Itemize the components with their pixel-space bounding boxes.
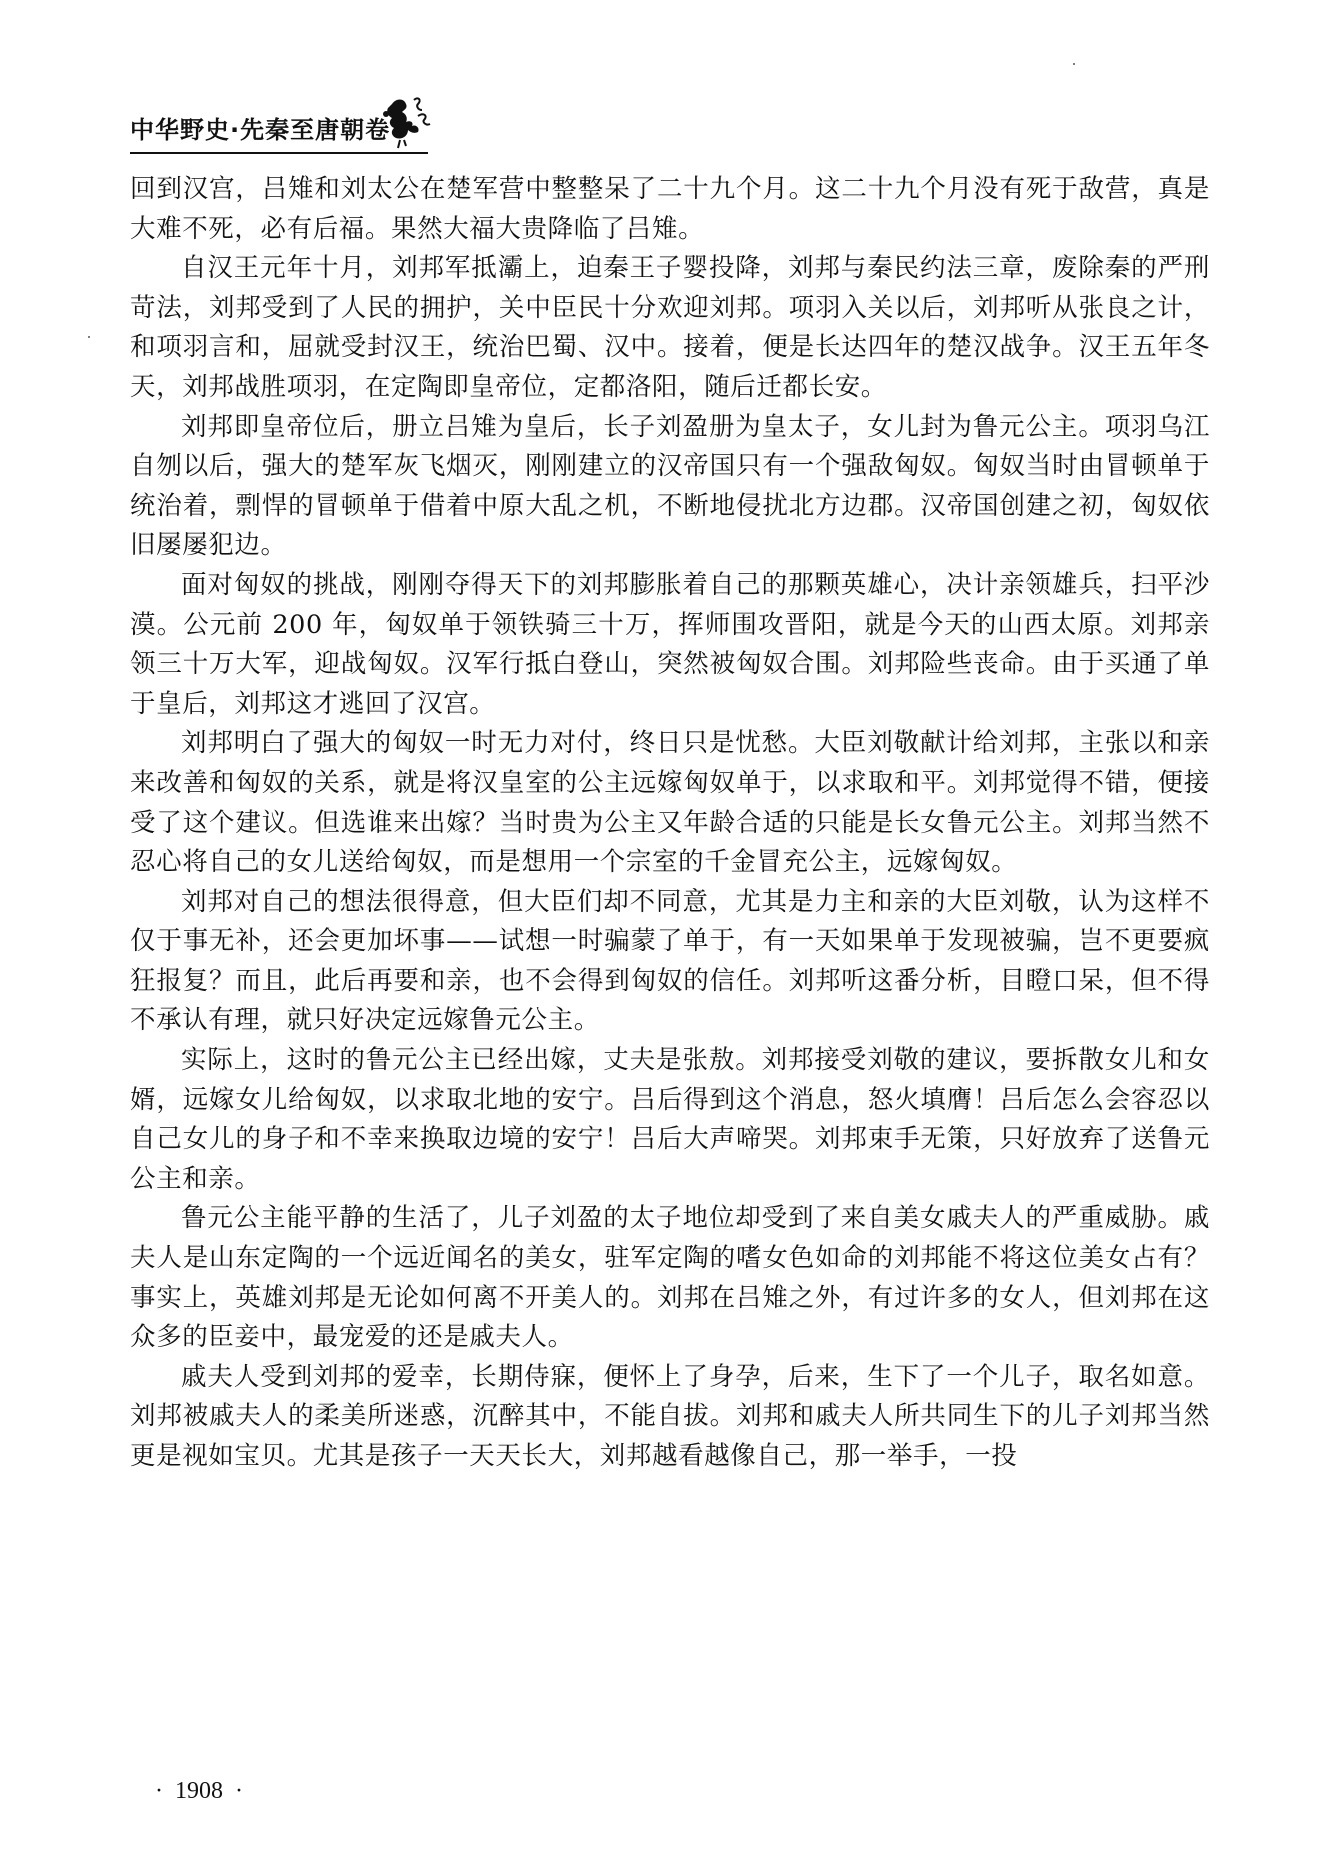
header-divider: [130, 152, 428, 154]
paragraph: 鲁元公主能平静的生活了，儿子刘盈的太子地位却受到了来自美女戚夫人的严重威胁。戚夫…: [130, 1199, 1210, 1357]
paragraph: 回到汉宫，吕雉和刘太公在楚军营中整整呆了二十九个月。这二十九个月没有死于敌营，真…: [130, 170, 1210, 249]
paragraph: 刘邦对自己的想法很得意，但大臣们却不同意，尤其是力主和亲的大臣刘敬，认为这样不仅…: [130, 883, 1210, 1041]
paragraph: 实际上，这时的鲁元公主已经出嫁，丈夫是张敖。刘邦接受刘敬的建议，要拆散女儿和女婿…: [130, 1041, 1210, 1199]
paragraph: 戚夫人受到刘邦的爱幸，长期侍寐，便怀上了身孕，后来，生下了一个儿子，取名如意。刘…: [130, 1358, 1210, 1477]
paragraph: 刘邦即皇帝位后，册立吕雉为皇后，长子刘盈册为皇太子，女儿封为鲁元公主。项羽乌江自…: [130, 408, 1210, 566]
scan-speck: [88, 336, 90, 338]
paragraph: 面对匈奴的挑战，刚刚夺得天下的刘邦膨胀着自己的那颗英雄心，决计亲领雄兵，扫平沙漠…: [130, 566, 1210, 724]
paragraph: 刘邦明白了强大的匈奴一时无力对付，终日只是忧愁。大臣刘敬献计给刘邦，主张以和亲来…: [130, 724, 1210, 882]
article-body: 回到汉宫，吕雉和刘太公在楚军营中整整呆了二十九个月。这二十九个月没有死于敌营，真…: [130, 170, 1210, 1477]
scan-speck: [1073, 63, 1075, 65]
running-header: 中华野史·先秦至唐朝卷: [130, 98, 428, 158]
book-title: 中华野史·先秦至唐朝卷: [130, 110, 390, 145]
page-number: · 1908 ·: [155, 1778, 243, 1805]
dragon-emblem-icon: [378, 94, 434, 150]
paragraph: 自汉王元年十月，刘邦军抵灞上，迫秦王子婴投降，刘邦与秦民约法三章，废除秦的严刑苛…: [130, 249, 1210, 407]
